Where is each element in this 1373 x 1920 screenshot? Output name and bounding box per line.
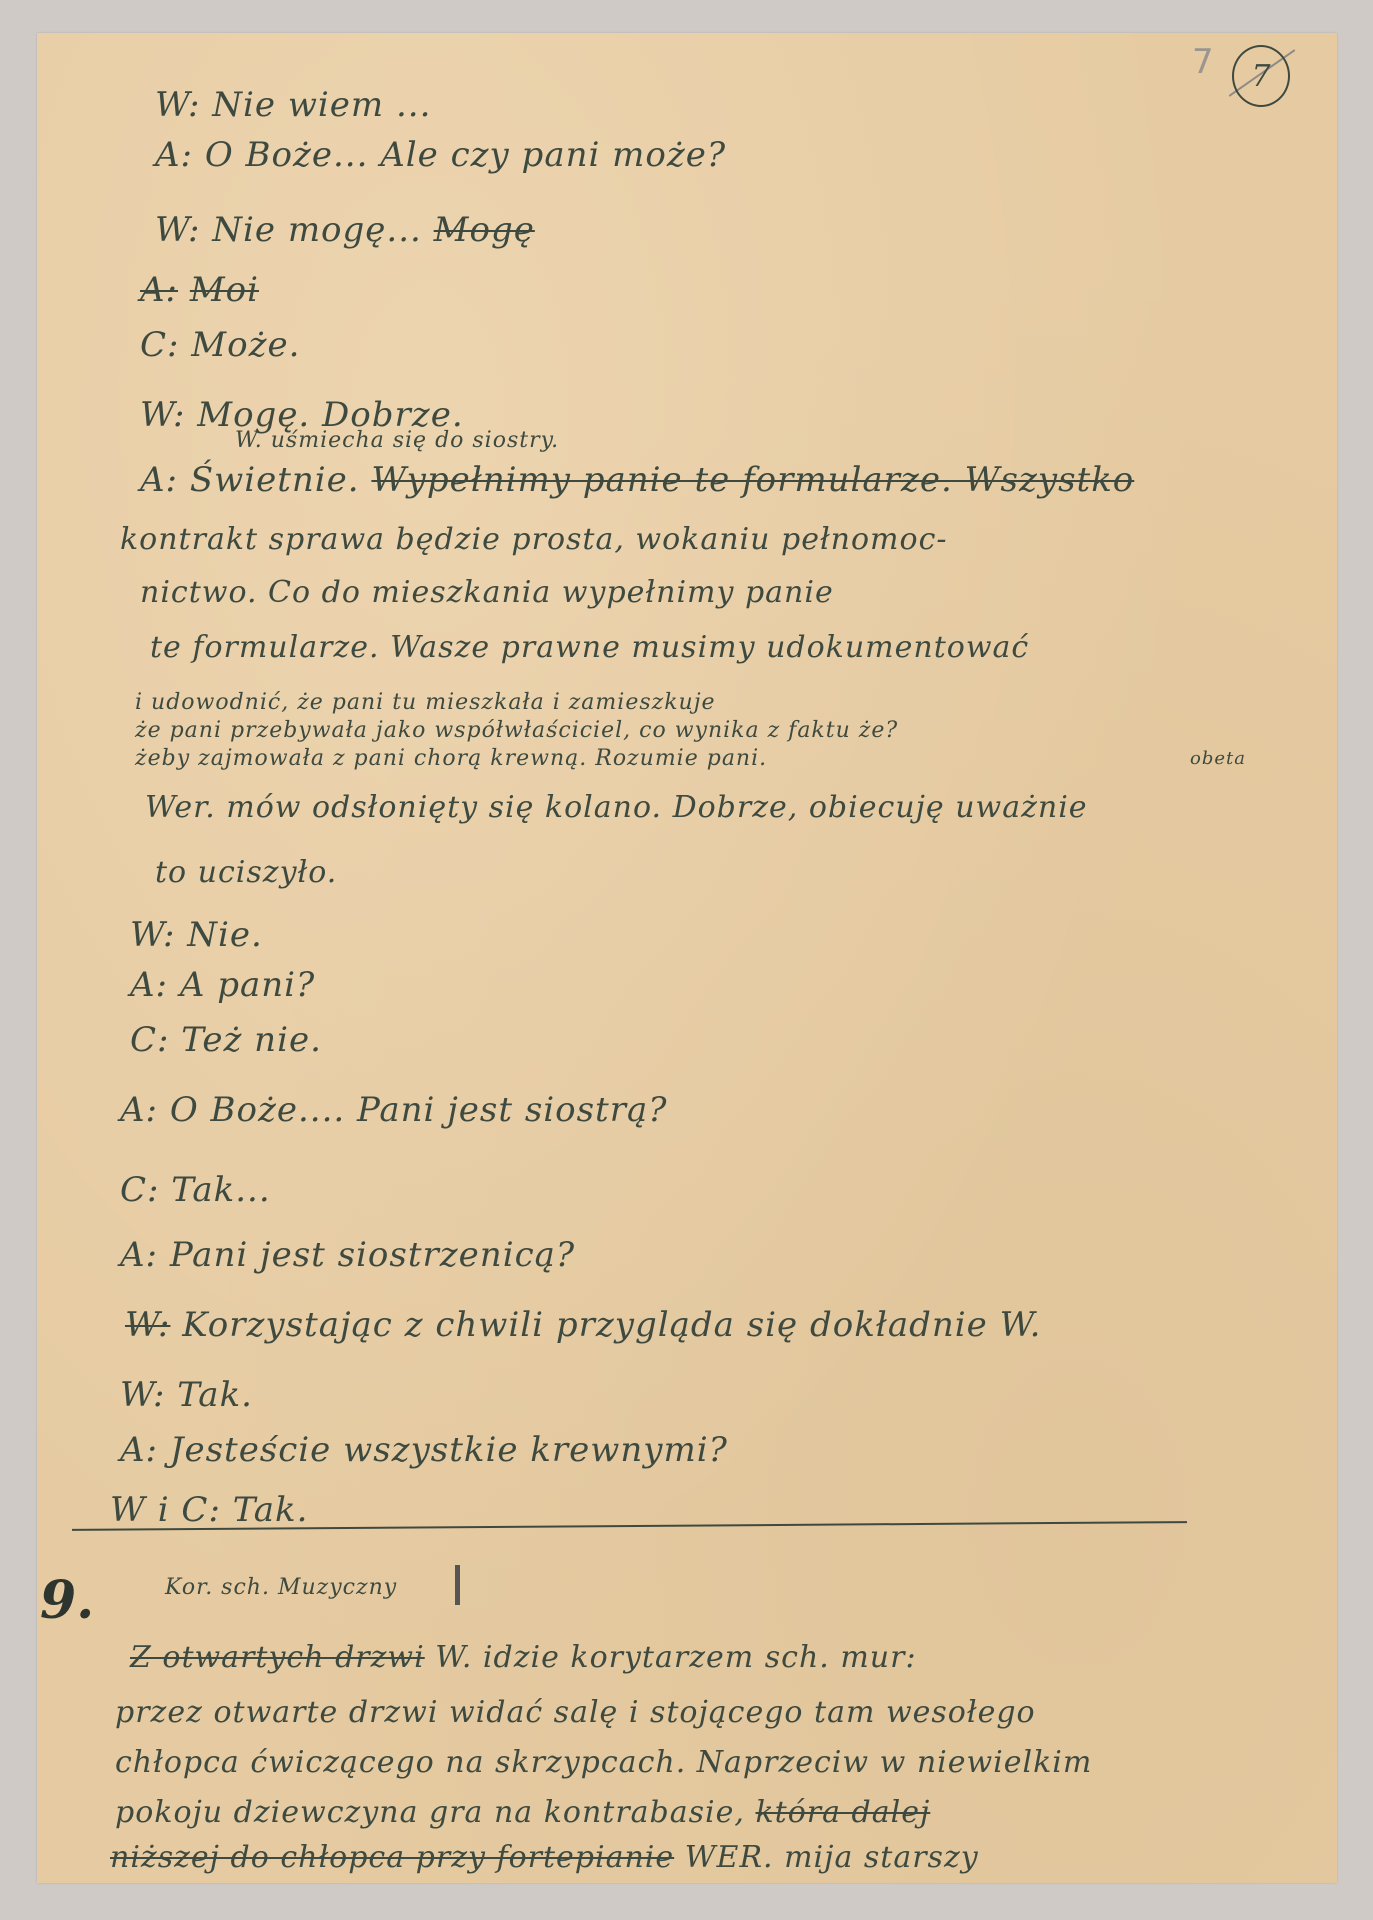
dialogue-line: A: Pani jest siostrzenicą? bbox=[120, 1235, 575, 1275]
dialogue-line-struck: A: Moi bbox=[140, 270, 259, 310]
paragraph-line: Wer. mów odsłonięty się kolano. Dobrze, … bbox=[145, 790, 1088, 825]
dialogue-line: A: O Boże... Ale czy pani może? bbox=[155, 135, 726, 175]
dialogue-line: C: Tak... bbox=[120, 1170, 271, 1210]
manuscript-page bbox=[37, 33, 1337, 1883]
insert-note: obeta bbox=[1190, 748, 1246, 769]
struck-text: Mogę bbox=[434, 210, 535, 250]
dialogue-line: W i C: Tak. bbox=[110, 1490, 308, 1530]
paragraph-line: te formularze. Wasze prawne musimy udoku… bbox=[150, 630, 1029, 665]
struck-text: Wypełnimy panie te formularze. Wszystko bbox=[371, 460, 1134, 500]
paragraph-line: i udowodnić, że pani tu mieszkała i zami… bbox=[135, 690, 716, 715]
paragraph-line: to uciszyło. bbox=[155, 855, 337, 890]
dialogue-line: W: Tak. bbox=[120, 1375, 253, 1415]
dialogue-line: A: Jesteście wszystkie krewnymi? bbox=[120, 1430, 728, 1470]
dialogue-line: A: Świetnie. Wypełnimy panie te formular… bbox=[140, 460, 1134, 500]
paragraph-line: kontrakt sprawa będzie prosta, wokaniu p… bbox=[120, 522, 948, 557]
dialogue-line: W: Nie. bbox=[130, 915, 263, 955]
paragraph-line: że pani przebywała jako współwłaściciel,… bbox=[135, 718, 898, 743]
scene-line: pokoju dziewczyna gra na kontrabasie, kt… bbox=[115, 1795, 930, 1830]
dialogue-line: W: Nie wiem ... bbox=[155, 85, 431, 125]
scene-line: przez otwarte drzwi widać salę i stojące… bbox=[115, 1695, 1036, 1730]
paragraph-line: żeby zajmowała z pani chorą krewną. Rozu… bbox=[135, 746, 767, 771]
insert-note: W. uśmiecha się do siostry. bbox=[235, 428, 559, 453]
stage-direction: W: Korzystając z chwili przygląda się do… bbox=[125, 1305, 1041, 1345]
dialogue-line: A: A pani? bbox=[130, 965, 315, 1005]
scene-number: 9. bbox=[40, 1570, 94, 1631]
scene-heading: Kor. sch. Muzyczny bbox=[165, 1575, 397, 1600]
margin-mark bbox=[455, 1565, 460, 1605]
page-number-circled: 7 bbox=[1232, 45, 1290, 107]
dialogue-line: A: O Boże.... Pani jest siostrą? bbox=[120, 1090, 667, 1130]
dialogue-line: C: Też nie. bbox=[130, 1020, 322, 1060]
scene-line: chłopca ćwiczącego na skrzypcach. Naprze… bbox=[115, 1745, 1092, 1780]
dialogue-line: C: Może. bbox=[140, 325, 300, 365]
scene-line: niższej do chłopca przy fortepianie WER.… bbox=[110, 1840, 979, 1875]
dialogue-line: W: Nie mogę... Mogę bbox=[155, 210, 535, 250]
scene-line: Z otwartych drzwi W. idzie korytarzem sc… bbox=[130, 1640, 917, 1675]
page-number-pencil: 7 bbox=[1192, 42, 1214, 82]
paragraph-line: nictwo. Co do mieszkania wypełnimy panie bbox=[140, 575, 834, 610]
